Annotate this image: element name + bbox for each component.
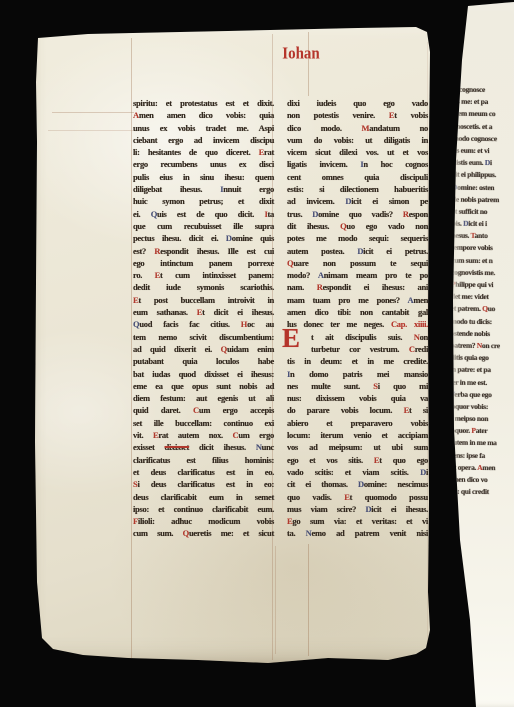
versal-letter: I bbox=[220, 184, 223, 194]
text-line: ad invicem. Dicit ei simon pe bbox=[287, 195, 428, 207]
text-line: locum: iterum venio et accipiam bbox=[287, 429, 428, 441]
text-line: Philippe qui vi bbox=[451, 279, 513, 292]
text-line: ego intinctum panem porrexe bbox=[133, 257, 274, 269]
versal-letter: D bbox=[485, 158, 490, 167]
versal-letter: R bbox=[317, 282, 323, 292]
versal-letter: H bbox=[241, 319, 247, 329]
text-line: tem nemo scivit discumbentium: bbox=[133, 331, 274, 343]
text-line: loquor vobis: bbox=[450, 401, 512, 414]
versal-letter: R bbox=[154, 246, 160, 256]
text-line: est? Respondit ihesus. Ille est cui bbox=[133, 245, 274, 257]
versal-letter: P bbox=[471, 426, 475, 435]
ruling-line bbox=[48, 130, 134, 131]
text-line: ro. Et cum intinxisset panem: bbox=[133, 269, 274, 281]
text-line: tis me: et pa bbox=[453, 96, 514, 109]
versal-letter: S bbox=[373, 381, 377, 391]
text-line: cit ei thomas. Domine: nescimus bbox=[287, 478, 428, 490]
text-line: spiritu: et protestatus est et dixit. bbox=[133, 97, 274, 109]
text-line: Verba que ego bbox=[450, 388, 512, 401]
text-line: diem festum: aut egenis ut ali bbox=[133, 392, 274, 404]
text-line: trem meum co bbox=[453, 108, 514, 121]
versal-letter: E bbox=[133, 295, 138, 305]
versal-letter: I bbox=[265, 209, 268, 219]
versal-letter: D bbox=[312, 209, 318, 219]
text-line: cum sum: et n bbox=[451, 254, 513, 267]
versal-letter: s bbox=[453, 85, 456, 94]
book-photo: Iohan spiritu: et protestatus est et dix… bbox=[0, 0, 514, 707]
text-line: tis eum: et vi bbox=[452, 145, 514, 158]
text-line: lus donec ter me neges. Cap. xiiii. bbox=[287, 318, 428, 330]
text-line: cent omnes quia discipuli bbox=[287, 171, 428, 183]
text-line: loquor. Pater bbox=[449, 425, 511, 438]
text-line: distis eum. Di bbox=[452, 157, 514, 170]
text-column-left: spiritu: et protestatus est et dixit.Ame… bbox=[133, 97, 274, 540]
versal-letter: Q bbox=[287, 258, 293, 268]
text-line: pectus ihesu. dicit ei. Domine quis bbox=[133, 232, 274, 244]
text-line: nens: ipse fa bbox=[449, 449, 511, 462]
versal-letter: V bbox=[450, 389, 455, 398]
text-line: modo cognosce bbox=[453, 132, 514, 145]
text-line: quo vadis. Et quomodo possu bbox=[287, 491, 428, 503]
text-line: eum sathanas. Et dicit ei ihesus. bbox=[133, 306, 274, 318]
versal-letter: D bbox=[365, 504, 371, 514]
facing-page-edge: si cognoscetis me: et patrem meum cognos… bbox=[444, 0, 514, 707]
text-line: Et post buccellam introivit in bbox=[133, 294, 274, 306]
text-line: patrem? Non cre bbox=[450, 340, 512, 353]
text-line: exisset dixisset dicit ihesus. Nunc bbox=[133, 441, 274, 453]
text-line: diligebat ihesus. Innuit ergo bbox=[133, 183, 274, 195]
text-line: dico modo. Mandatum no bbox=[287, 122, 428, 134]
text-line: ditis quia ego bbox=[450, 352, 512, 365]
text-line: do parare vobis locum. Et si bbox=[287, 404, 428, 416]
versal-letter: E bbox=[259, 147, 264, 157]
text-line: unus ex vobis tradet me. Aspi bbox=[133, 122, 274, 134]
text-line: que cum recubuisset ille supra bbox=[133, 220, 274, 232]
versal-letter: A bbox=[477, 463, 482, 472]
versal-letter: S bbox=[133, 479, 137, 489]
versal-letter: E bbox=[153, 430, 158, 440]
text-line: ipso: et continuo clarificabit eum. bbox=[133, 503, 274, 515]
versal-letter: I bbox=[360, 159, 363, 169]
text-line: mus viam scire? Dicit ei ihesus. bbox=[287, 503, 428, 515]
text-line: clarificatus est filius hominis: bbox=[133, 454, 274, 466]
text-line: de nobis patrem bbox=[452, 193, 514, 206]
text-line: bis. Dicit ei i bbox=[452, 218, 514, 231]
versal-letter: E bbox=[197, 307, 202, 317]
text-line: pulis eius in sinu ihesu: quem bbox=[133, 171, 274, 183]
running-title: Iohan bbox=[257, 45, 345, 64]
versal-letter: Q bbox=[133, 319, 139, 329]
text-line: det me: videt bbox=[451, 291, 513, 304]
text-line: t ait discipulis suis. Non bbox=[287, 331, 428, 343]
text-line: Domine: osten bbox=[452, 181, 514, 194]
versal-letter: N bbox=[477, 341, 482, 350]
versal-letter: M bbox=[362, 123, 370, 133]
text-line: nus: dixissem vobis quia va bbox=[287, 392, 428, 404]
ruling-line bbox=[275, 546, 276, 654]
text-line: vado scitis: et viam scitis. Di bbox=[287, 466, 428, 478]
text-line: eme ea que opus sunt nobis ad bbox=[133, 380, 274, 392]
versal-letter: E bbox=[374, 455, 379, 465]
text-line: li: hesitantes de quo diceret. Erat bbox=[133, 146, 274, 158]
ruling-line bbox=[52, 112, 134, 113]
versal-letter: D bbox=[357, 246, 363, 256]
versal-letter: D bbox=[463, 219, 468, 228]
versal-letter: Q bbox=[151, 209, 157, 219]
text-line: ei. Quis est de quo dicit. Ita bbox=[133, 208, 274, 220]
text-line: In domo patris mei mansio bbox=[287, 368, 428, 380]
manuscript-page: Iohan spiritu: et protestatus est et dix… bbox=[28, 22, 458, 672]
text-line: et sufficit no bbox=[452, 206, 514, 219]
text-line: nes multe sunt. Si quo mi bbox=[287, 380, 428, 392]
text-line: amen dico tibi: non cantabit gal bbox=[287, 306, 428, 318]
text-line: mam tuam pro me pones? Amen bbox=[287, 294, 428, 306]
versal-letter: A bbox=[407, 295, 413, 305]
versal-letter: A bbox=[133, 110, 139, 120]
drop-cap-initial: E bbox=[282, 325, 308, 351]
versal-letter: C bbox=[409, 344, 415, 354]
text-line: dit ihesus. Quo ego vado non bbox=[287, 220, 428, 232]
text-line: ergo recumbens unus ex disci bbox=[133, 158, 274, 170]
text-line: si cognosce bbox=[453, 84, 514, 97]
text-line: tempore vobis bbox=[451, 242, 513, 255]
text-line: gnoscetis. et a bbox=[453, 120, 514, 133]
text-line: ter in me est. bbox=[450, 376, 512, 389]
text-line: potes me modo sequi: sequeris bbox=[287, 232, 428, 244]
versal-letter: I bbox=[287, 369, 290, 379]
text-line: a meipso non bbox=[450, 413, 512, 426]
text-line: cit opera. Amen bbox=[449, 461, 511, 474]
versal-letter: N bbox=[256, 442, 262, 452]
text-line: dixi iudeis quo ego vado bbox=[287, 97, 428, 109]
versal-letter: D bbox=[452, 182, 457, 191]
versal-letter: E bbox=[389, 110, 394, 120]
text-column-right: dixi iudeis quo ego vadonon potestis ven… bbox=[287, 97, 428, 540]
ruling-line bbox=[131, 38, 132, 660]
text-line: vos ad meipsum: ut ubi sum bbox=[287, 441, 428, 453]
text-line: vicem sicut dilexi vos. ut et vos bbox=[287, 146, 428, 158]
chapter-rubric: Cap. xiiii. bbox=[391, 319, 428, 329]
text-line: ligatis invicem. In hoc cognos bbox=[287, 158, 428, 170]
text-line: Si deus clarificatus est in eo: bbox=[133, 478, 274, 490]
text-line: modo tu dicis: bbox=[451, 315, 513, 328]
versal-letter: Q bbox=[340, 221, 346, 231]
text-line: huic symon petrus; et dixit bbox=[133, 195, 274, 207]
text-line: cit ei philippus. bbox=[452, 169, 514, 182]
text-line: vum do vobis: ut diligatis in bbox=[287, 134, 428, 146]
text-line: tis in deum: et in me credite. bbox=[287, 355, 428, 367]
versal-letter: D bbox=[420, 467, 426, 477]
text-line: et patrem. Quo bbox=[451, 303, 513, 316]
text-line: ta. Nemo ad patrem venit nisi bbox=[287, 527, 428, 539]
facing-page-text: si cognoscetis me: et patrem meum cognos… bbox=[449, 84, 514, 499]
text-line: ciebant ergo ad invicem discipu bbox=[133, 134, 274, 146]
text-line: non potestis venire. Et vobis bbox=[287, 109, 428, 121]
text-line: modo? Animam meam pro te po bbox=[287, 269, 428, 281]
versal-letter: Q bbox=[482, 304, 488, 313]
versal-letter: Q bbox=[183, 528, 189, 538]
text-line: trus. Domine quo vadis? Respon bbox=[287, 208, 428, 220]
text-line: Ego sum via: et veritas: et vi bbox=[287, 515, 428, 527]
versal-letter: A bbox=[318, 270, 324, 280]
versal-letter: N bbox=[306, 528, 312, 538]
versal-letter: E bbox=[404, 405, 409, 415]
text-line: cum sum. Queretis me: et sicut bbox=[133, 527, 274, 539]
text-line: cognovistis me. bbox=[451, 266, 513, 279]
text-line: autem postea. Dicit ei petrus. bbox=[287, 245, 428, 257]
versal-letter: P bbox=[451, 280, 455, 289]
text-line: ostende nobis bbox=[450, 327, 512, 340]
text-line: Quare non possum te sequi bbox=[287, 257, 428, 269]
text-line: abiero et preparavero vobis bbox=[287, 417, 428, 429]
text-line: nam. Respondit ei ihesus: ani bbox=[287, 281, 428, 293]
text-line: turbetur cor vestrum. Credi bbox=[287, 343, 428, 355]
text-line: quid daret. Cum ergo accepis bbox=[133, 404, 274, 416]
versal-letter: Q bbox=[221, 344, 227, 354]
versal-letter: F bbox=[133, 516, 138, 526]
versal-letter: E bbox=[287, 516, 292, 526]
versal-letter: C bbox=[193, 405, 199, 415]
versal-letter: E bbox=[344, 492, 349, 502]
versal-letter: C bbox=[232, 430, 238, 440]
text-line: bis: qui credit bbox=[449, 486, 511, 499]
text-line: set ille buccellam: continuo exi bbox=[133, 417, 274, 429]
versal-letter: D bbox=[226, 233, 232, 243]
text-line: amen dico vo bbox=[449, 474, 511, 487]
versal-letter: E bbox=[155, 270, 160, 280]
text-line: ad quid dixerit ei. Quidam enim bbox=[133, 343, 274, 355]
text-line: deus clarificabit eum in semet bbox=[133, 491, 274, 503]
versal-letter: N bbox=[414, 332, 420, 342]
text-line: dedit iude symonis scariothis. bbox=[133, 281, 274, 293]
text-line: estis: si dilectionem habueritis bbox=[287, 183, 428, 195]
versal-letter: T bbox=[471, 231, 475, 240]
ruling-line bbox=[308, 544, 309, 656]
text-line: putabant quia loculos habe bbox=[133, 355, 274, 367]
versal-letter: D bbox=[345, 196, 351, 206]
text-line: bat iudas quod dixisset ei ihesus: bbox=[133, 368, 274, 380]
text-line: ego et vos sitis. Et quo ego bbox=[287, 454, 428, 466]
text-line: Filioli: adhuc modicum vobis bbox=[133, 515, 274, 527]
text-line: Amen amen dico vobis: quia bbox=[133, 109, 274, 121]
text-line: in patre: et pa bbox=[450, 364, 512, 377]
text-line: et deus clarificatus est in eo. bbox=[133, 466, 274, 478]
text-line: vit. Erat autem nox. Cum ergo bbox=[133, 429, 274, 441]
versal-letter: D bbox=[358, 479, 364, 489]
text-line: hesus. Tanto bbox=[452, 230, 514, 243]
versal-letter: R bbox=[403, 209, 409, 219]
text-line: Quod facis fac citius. Hoc au bbox=[133, 318, 274, 330]
text-line: autem in me ma bbox=[449, 437, 511, 450]
struck-word: dixisset bbox=[165, 442, 190, 452]
